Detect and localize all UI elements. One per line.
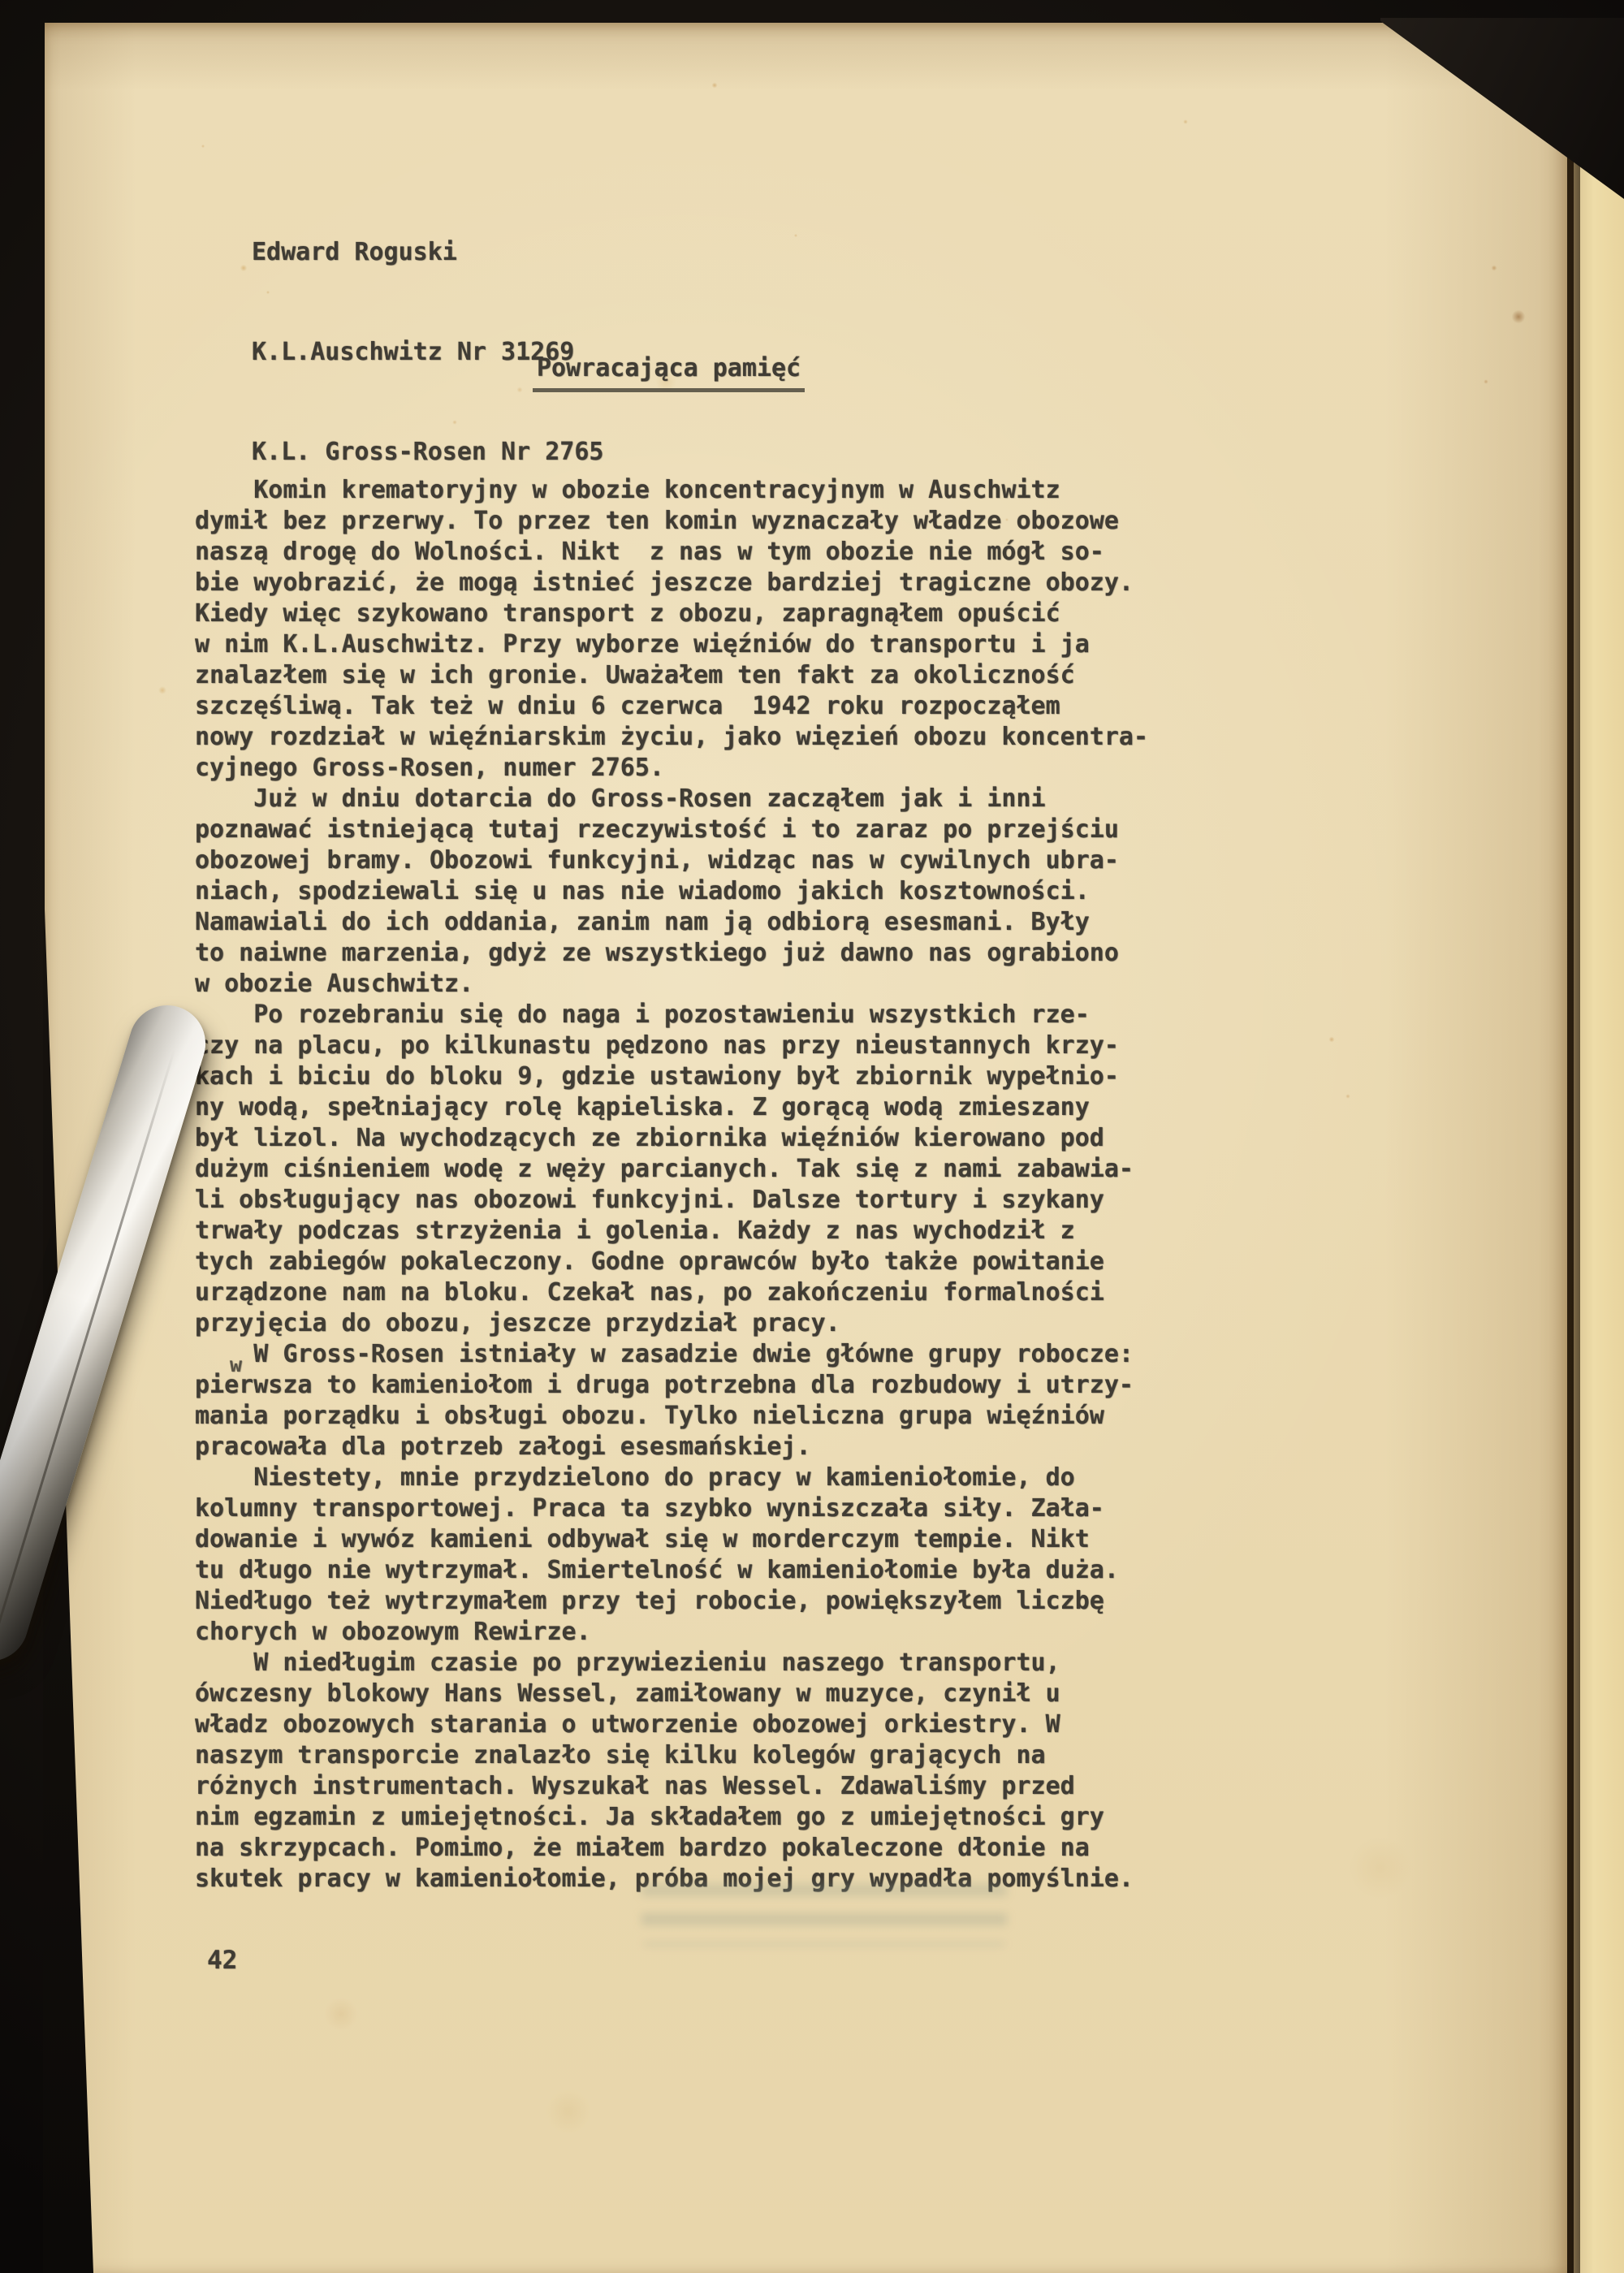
- bleed-through-text: [641, 1884, 1007, 1946]
- paragraph: Komin krematoryjny w obozie koncentracyj…: [195, 475, 1218, 784]
- paragraph: Niestety, mnie przydzielono do pracy w k…: [195, 1463, 1218, 1648]
- paragraph: Po rozebraniu się do naga i pozostawieni…: [195, 1000, 1218, 1339]
- page-number: 42: [207, 1946, 237, 1975]
- typo-artifact: w: [230, 1353, 242, 1376]
- camp-number-gross-rosen: K.L. Gross-Rosen Nr 2765: [252, 435, 603, 469]
- paragraph: W Gross-Rosen istniały w zasadzie dwie g…: [195, 1339, 1218, 1463]
- paragraph: W niedługim czasie po przywiezieniu nasz…: [195, 1648, 1218, 1895]
- paragraph: Już w dniu dotarcia do Gross-Rosen zaczą…: [195, 784, 1218, 1000]
- next-page-edge: [1574, 0, 1624, 2273]
- scan-background: Edward Roguski K.L.Auschwitz Nr 31269 K.…: [0, 0, 1624, 2273]
- author-name: Edward Roguski: [252, 236, 603, 269]
- memoir-text: Komin krematoryjny w obozie koncentracyj…: [195, 475, 1218, 1895]
- scanned-page: Edward Roguski K.L.Auschwitz Nr 31269 K.…: [45, 23, 1567, 2273]
- page-title: Powracająca pamięć: [533, 354, 805, 392]
